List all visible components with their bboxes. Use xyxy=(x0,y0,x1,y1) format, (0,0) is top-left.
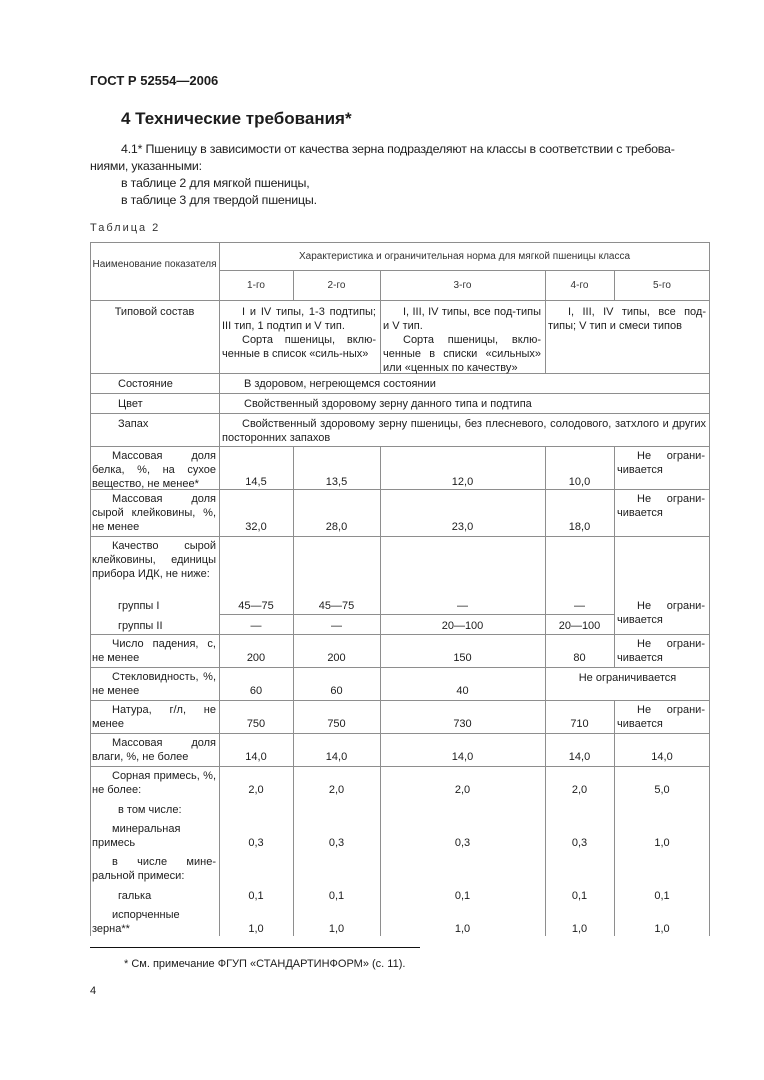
gq1-class-3: — xyxy=(380,599,545,613)
gq1-class-2: 45—75 xyxy=(293,599,380,613)
protein-class-3: 12,0 xyxy=(380,475,545,489)
falling-class-4: 80 xyxy=(545,651,614,665)
gq2-class-3: 20—100 xyxy=(380,619,545,633)
gluten-class-4: 18,0 xyxy=(545,520,614,534)
table-line xyxy=(90,634,710,635)
vitreous-classes-4-5: Не ограничивается xyxy=(545,671,710,685)
header-class-3: 3-го xyxy=(380,279,545,293)
row-label-pebble: галька xyxy=(118,889,151,903)
nature-class-4: 710 xyxy=(545,717,614,731)
paragraph-item: в таблице 3 для твердой пшеницы. xyxy=(90,192,710,209)
state-value: В здоровом, негреющемся состоянии xyxy=(244,377,436,391)
nature-class-2: 750 xyxy=(293,717,380,731)
gluten-class-3: 23,0 xyxy=(380,520,545,534)
type-classes-4-5: I, III, IV типы, все под-типы; V тип и с… xyxy=(548,305,706,333)
paragraph-line: 4.1* Пшеницу в зависимости от качества з… xyxy=(90,141,710,158)
mineral-class-3: 0,3 xyxy=(380,836,545,850)
row-label-protein: Массовая доля белка, %, на сухое веществ… xyxy=(92,449,216,491)
label-including: в том числе: xyxy=(118,803,182,817)
pebble-class-5: 0,1 xyxy=(614,889,710,903)
row-label-gluten: Массовая доля сырой клейковины, %, не ме… xyxy=(92,492,216,534)
spoiled-class-5: 1,0 xyxy=(614,922,710,936)
gq2-class-1: — xyxy=(219,619,293,633)
row-label-nature: Натура, г/л, не менее xyxy=(92,703,216,731)
color-value: Свойственный здоровому зерну данного тип… xyxy=(244,397,532,411)
protein-class-1: 14,5 xyxy=(219,475,293,489)
row-label-smell: Запах xyxy=(118,417,148,431)
weed-class-5: 5,0 xyxy=(614,783,710,797)
gluten-class-5: Не ограни-чивается xyxy=(617,492,705,520)
row-label-color: Цвет xyxy=(118,397,143,411)
row-label-mineral: минеральная примесь xyxy=(92,822,216,850)
table-line xyxy=(380,300,381,373)
header-class-4: 4-го xyxy=(545,279,614,293)
paragraph-line: ниями, указанными: xyxy=(90,158,710,175)
spoiled-class-1: 1,0 xyxy=(219,922,293,936)
label-group-2: группы II xyxy=(118,619,163,633)
smell-value: Свойственный здоровому зерну пшеницы, бе… xyxy=(222,417,706,445)
protein-class-2: 13,5 xyxy=(293,475,380,489)
table-line xyxy=(90,766,710,767)
moisture-class-2: 14,0 xyxy=(293,750,380,764)
table-line xyxy=(90,667,710,668)
table-line xyxy=(614,446,615,667)
pebble-class-2: 0,1 xyxy=(293,889,380,903)
row-label-gluten-quality: Качество сырой клейковины, единицы прибо… xyxy=(92,539,216,581)
header-class-1: 1-го xyxy=(219,279,293,293)
document-header: ГОСТ Р 52554—2006 xyxy=(90,73,218,88)
gq2-class-4: 20—100 xyxy=(545,619,614,633)
weed-class-3: 2,0 xyxy=(380,783,545,797)
row-label-falling: Число падения, с, не менее xyxy=(92,637,216,665)
gluten-class-2: 28,0 xyxy=(293,520,380,534)
table-line xyxy=(90,413,710,414)
paragraph-item: в таблице 2 для мягкой пшеницы, xyxy=(90,175,710,192)
type-text: I и IV типы, 1-3 подтипы; III тип, 1 под… xyxy=(222,305,376,333)
header-group: Характеристика и ограничительная норма д… xyxy=(219,250,710,264)
gluten-class-1: 32,0 xyxy=(219,520,293,534)
table-line xyxy=(545,300,546,373)
nature-class-1: 750 xyxy=(219,717,293,731)
table-line xyxy=(90,733,710,734)
table-caption: Таблица 2 xyxy=(90,222,160,234)
gq1-class-4: — xyxy=(545,599,614,613)
table-border-left xyxy=(90,242,91,936)
pebble-class-4: 0,1 xyxy=(545,889,614,903)
vitreous-class-2: 60 xyxy=(293,684,380,698)
table-line xyxy=(90,393,710,394)
weed-class-1: 2,0 xyxy=(219,783,293,797)
row-label-state: Состояние xyxy=(118,377,173,391)
table-line xyxy=(90,446,710,447)
pebble-class-3: 0,1 xyxy=(380,889,545,903)
mineral-class-4: 0,3 xyxy=(545,836,614,850)
label-incl-mineral: в числе мине-ральной примеси: xyxy=(92,855,216,883)
protein-class-5: Не ограни-чивается xyxy=(617,449,705,477)
type-text: Сорта пшеницы, вклю-ченные в список «сил… xyxy=(222,333,376,361)
table-line xyxy=(90,536,710,537)
row-label-moisture: Массовая доля влаги, %, не более xyxy=(92,736,216,764)
table-line xyxy=(90,700,710,701)
falling-class-5: Не ограни-чивается xyxy=(617,637,705,665)
moisture-class-3: 14,0 xyxy=(380,750,545,764)
table-line xyxy=(219,614,614,615)
weed-class-4: 2,0 xyxy=(545,783,614,797)
header-class-2: 2-го xyxy=(293,279,380,293)
vitreous-class-3: 40 xyxy=(380,684,545,698)
spoiled-class-4: 1,0 xyxy=(545,922,614,936)
moisture-class-1: 14,0 xyxy=(219,750,293,764)
spoiled-class-3: 1,0 xyxy=(380,922,545,936)
pebble-class-1: 0,1 xyxy=(219,889,293,903)
table-line xyxy=(90,300,710,301)
header-indicator-name: Наименование показателя xyxy=(90,256,219,273)
falling-class-3: 150 xyxy=(380,651,545,665)
table-border-top xyxy=(90,242,710,243)
type-class-3: I, III, IV типы, все под-типы и V тип. С… xyxy=(383,305,541,375)
weed-class-2: 2,0 xyxy=(293,783,380,797)
vitreous-class-1: 60 xyxy=(219,684,293,698)
type-text: Сорта пшеницы, вклю-ченные в списки «сил… xyxy=(383,333,541,375)
gq-class-5: Не ограни-чивается xyxy=(617,599,705,627)
spoiled-class-2: 1,0 xyxy=(293,922,380,936)
protein-class-4: 10,0 xyxy=(545,475,614,489)
section-title: 4 Технические требования* xyxy=(121,109,352,129)
header-class-5: 5-го xyxy=(614,279,710,293)
paragraph-4-1: 4.1* Пшеницу в зависимости от качества з… xyxy=(90,141,710,209)
falling-class-1: 200 xyxy=(219,651,293,665)
row-label-type: Типовой состав xyxy=(90,305,219,319)
nature-class-5: Не ограни-чивается xyxy=(617,703,705,731)
mineral-class-2: 0,3 xyxy=(293,836,380,850)
type-classes-1-2: I и IV типы, 1-3 подтипы; III тип, 1 под… xyxy=(222,305,376,361)
falling-class-2: 200 xyxy=(293,651,380,665)
row-label-spoiled: испорченные зерна** xyxy=(92,908,216,936)
moisture-class-5: 14,0 xyxy=(614,750,710,764)
row-label-weed: Сорная примесь, %, не более: xyxy=(92,769,216,797)
footnote: * См. примечание ФГУП «СТАНДАРТИНФОРМ» (… xyxy=(124,958,405,970)
label-group-1: группы I xyxy=(118,599,159,613)
type-text: I, III, IV типы, все под-типы и V тип. xyxy=(383,305,541,333)
moisture-class-4: 14,0 xyxy=(545,750,614,764)
page-number: 4 xyxy=(90,985,96,997)
mineral-class-5: 1,0 xyxy=(614,836,710,850)
gq2-class-2: — xyxy=(293,619,380,633)
nature-class-3: 730 xyxy=(380,717,545,731)
footnote-rule xyxy=(90,947,420,948)
table-border-right xyxy=(709,242,710,936)
gq1-class-1: 45—75 xyxy=(219,599,293,613)
mineral-class-1: 0,3 xyxy=(219,836,293,850)
table-line xyxy=(219,242,220,936)
row-label-vitreous: Стекловидность, %, не менее xyxy=(92,670,216,698)
